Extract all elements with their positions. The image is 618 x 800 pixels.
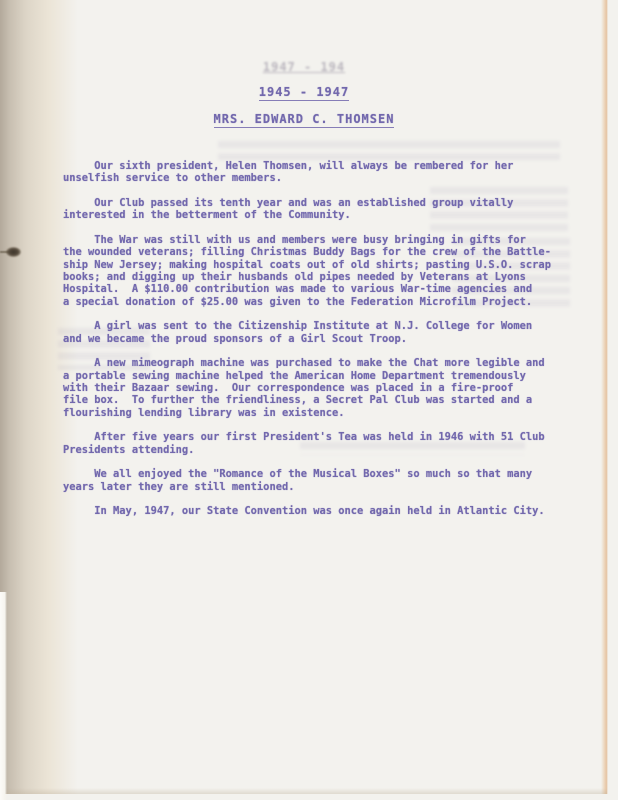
paragraph-president-intro: Our sixth president, Helen Thomsen, will… [63, 160, 573, 185]
page-title-years: 1945 - 1947 [259, 85, 349, 101]
binding-staple [6, 247, 21, 257]
bleedthrough-text [218, 141, 560, 160]
paper-bottom-edge [0, 788, 607, 794]
paragraph-presidents-tea: After five years our first President's T… [63, 431, 573, 456]
paper-right-edge [601, 0, 608, 794]
paragraph-state-convention: In May, 1947, our State Convention was o… [63, 505, 573, 517]
paragraph-tenth-year: Our Club passed its tenth year and was a… [63, 197, 573, 222]
paragraph-musical-boxes: We all enjoyed the "Romance of the Music… [63, 468, 573, 493]
page-title-president-name: MRS. EDWARD C. THOMSEN [214, 112, 395, 128]
underlying-page-sliver [0, 592, 7, 800]
bleedthrough-heading: 1947 - 194 [16, 60, 592, 74]
paper-sheet: 1947 - 194 1945 - 1947 MRS. EDWARD C. TH… [0, 0, 607, 794]
scanned-page: 1947 - 194 1945 - 1947 MRS. EDWARD C. TH… [0, 0, 618, 800]
paragraph-mimeograph: A new mimeograph machine was purchased t… [63, 357, 573, 419]
paragraph-war-efforts: The War was still with us and members we… [63, 234, 573, 308]
heading-name-row: MRS. EDWARD C. THOMSEN [16, 112, 592, 128]
document-body: Our sixth president, Helen Thomsen, will… [63, 160, 573, 530]
paragraph-citizenship: A girl was sent to the Citizenship Insti… [63, 320, 573, 345]
heading-years-row: 1945 - 1947 [16, 85, 592, 101]
